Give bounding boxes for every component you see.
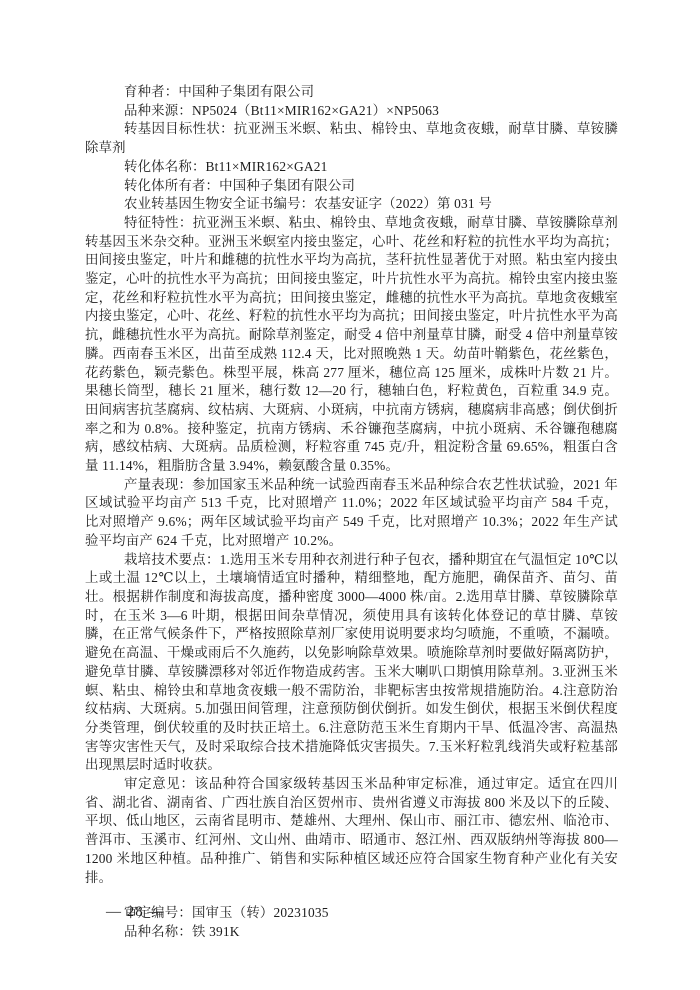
paragraph-biosafety-certificate-number: 农业转基因生物安全证书编号：农基安证字（2022）第 031 号 — [85, 195, 618, 214]
paragraph-breeder: 育种者：中国种子集团有限公司 — [85, 83, 618, 102]
paragraph-transformation-event-owner: 转化体所有者：中国种子集团有限公司 — [85, 177, 618, 196]
paragraph-transgenic-target-traits: 转基因目标性状：抗亚洲玉米螟、粘虫、棉铃虫、草地贪夜蛾，耐草甘膦、草铵膦除草剂 — [85, 120, 618, 157]
paragraph-yield-performance: 产量表现：参加国家玉米品种统一试验西南春玉米品种综合农艺性状试验，2021 年区… — [85, 476, 618, 551]
paragraph-variety-source: 品种来源：NP5024（Bt11×MIR162×GA21）×NP5063 — [85, 102, 618, 121]
paragraph-cultivation-techniques: 栽培技术要点：1.选用玉米专用种衣剂进行种子包衣，播种期宜在气温恒定 10℃以上… — [85, 551, 618, 775]
paragraph-variety-name: 品种名称：铁 391K — [85, 923, 618, 942]
page-number: — 28 — — [106, 904, 165, 921]
document-page: 育种者：中国种子集团有限公司 品种来源：NP5024（Bt11×MIR162×G… — [0, 0, 700, 990]
paragraph-transformation-event-name: 转化体名称：Bt11×MIR162×GA21 — [85, 158, 618, 177]
paragraph-characteristics: 特征特性：抗亚洲玉米螟、粘虫、棉铃虫、草地贪夜蛾，耐草甘膦、草铵膦除草剂转基因玉… — [85, 214, 618, 476]
document-body: 育种者：中国种子集团有限公司 品种来源：NP5024（Bt11×MIR162×G… — [85, 83, 618, 942]
paragraph-approval-opinion: 审定意见：该品种符合国家级转基因玉米品种审定标准，通过审定。适宜在四川省、湖北省… — [85, 775, 618, 887]
